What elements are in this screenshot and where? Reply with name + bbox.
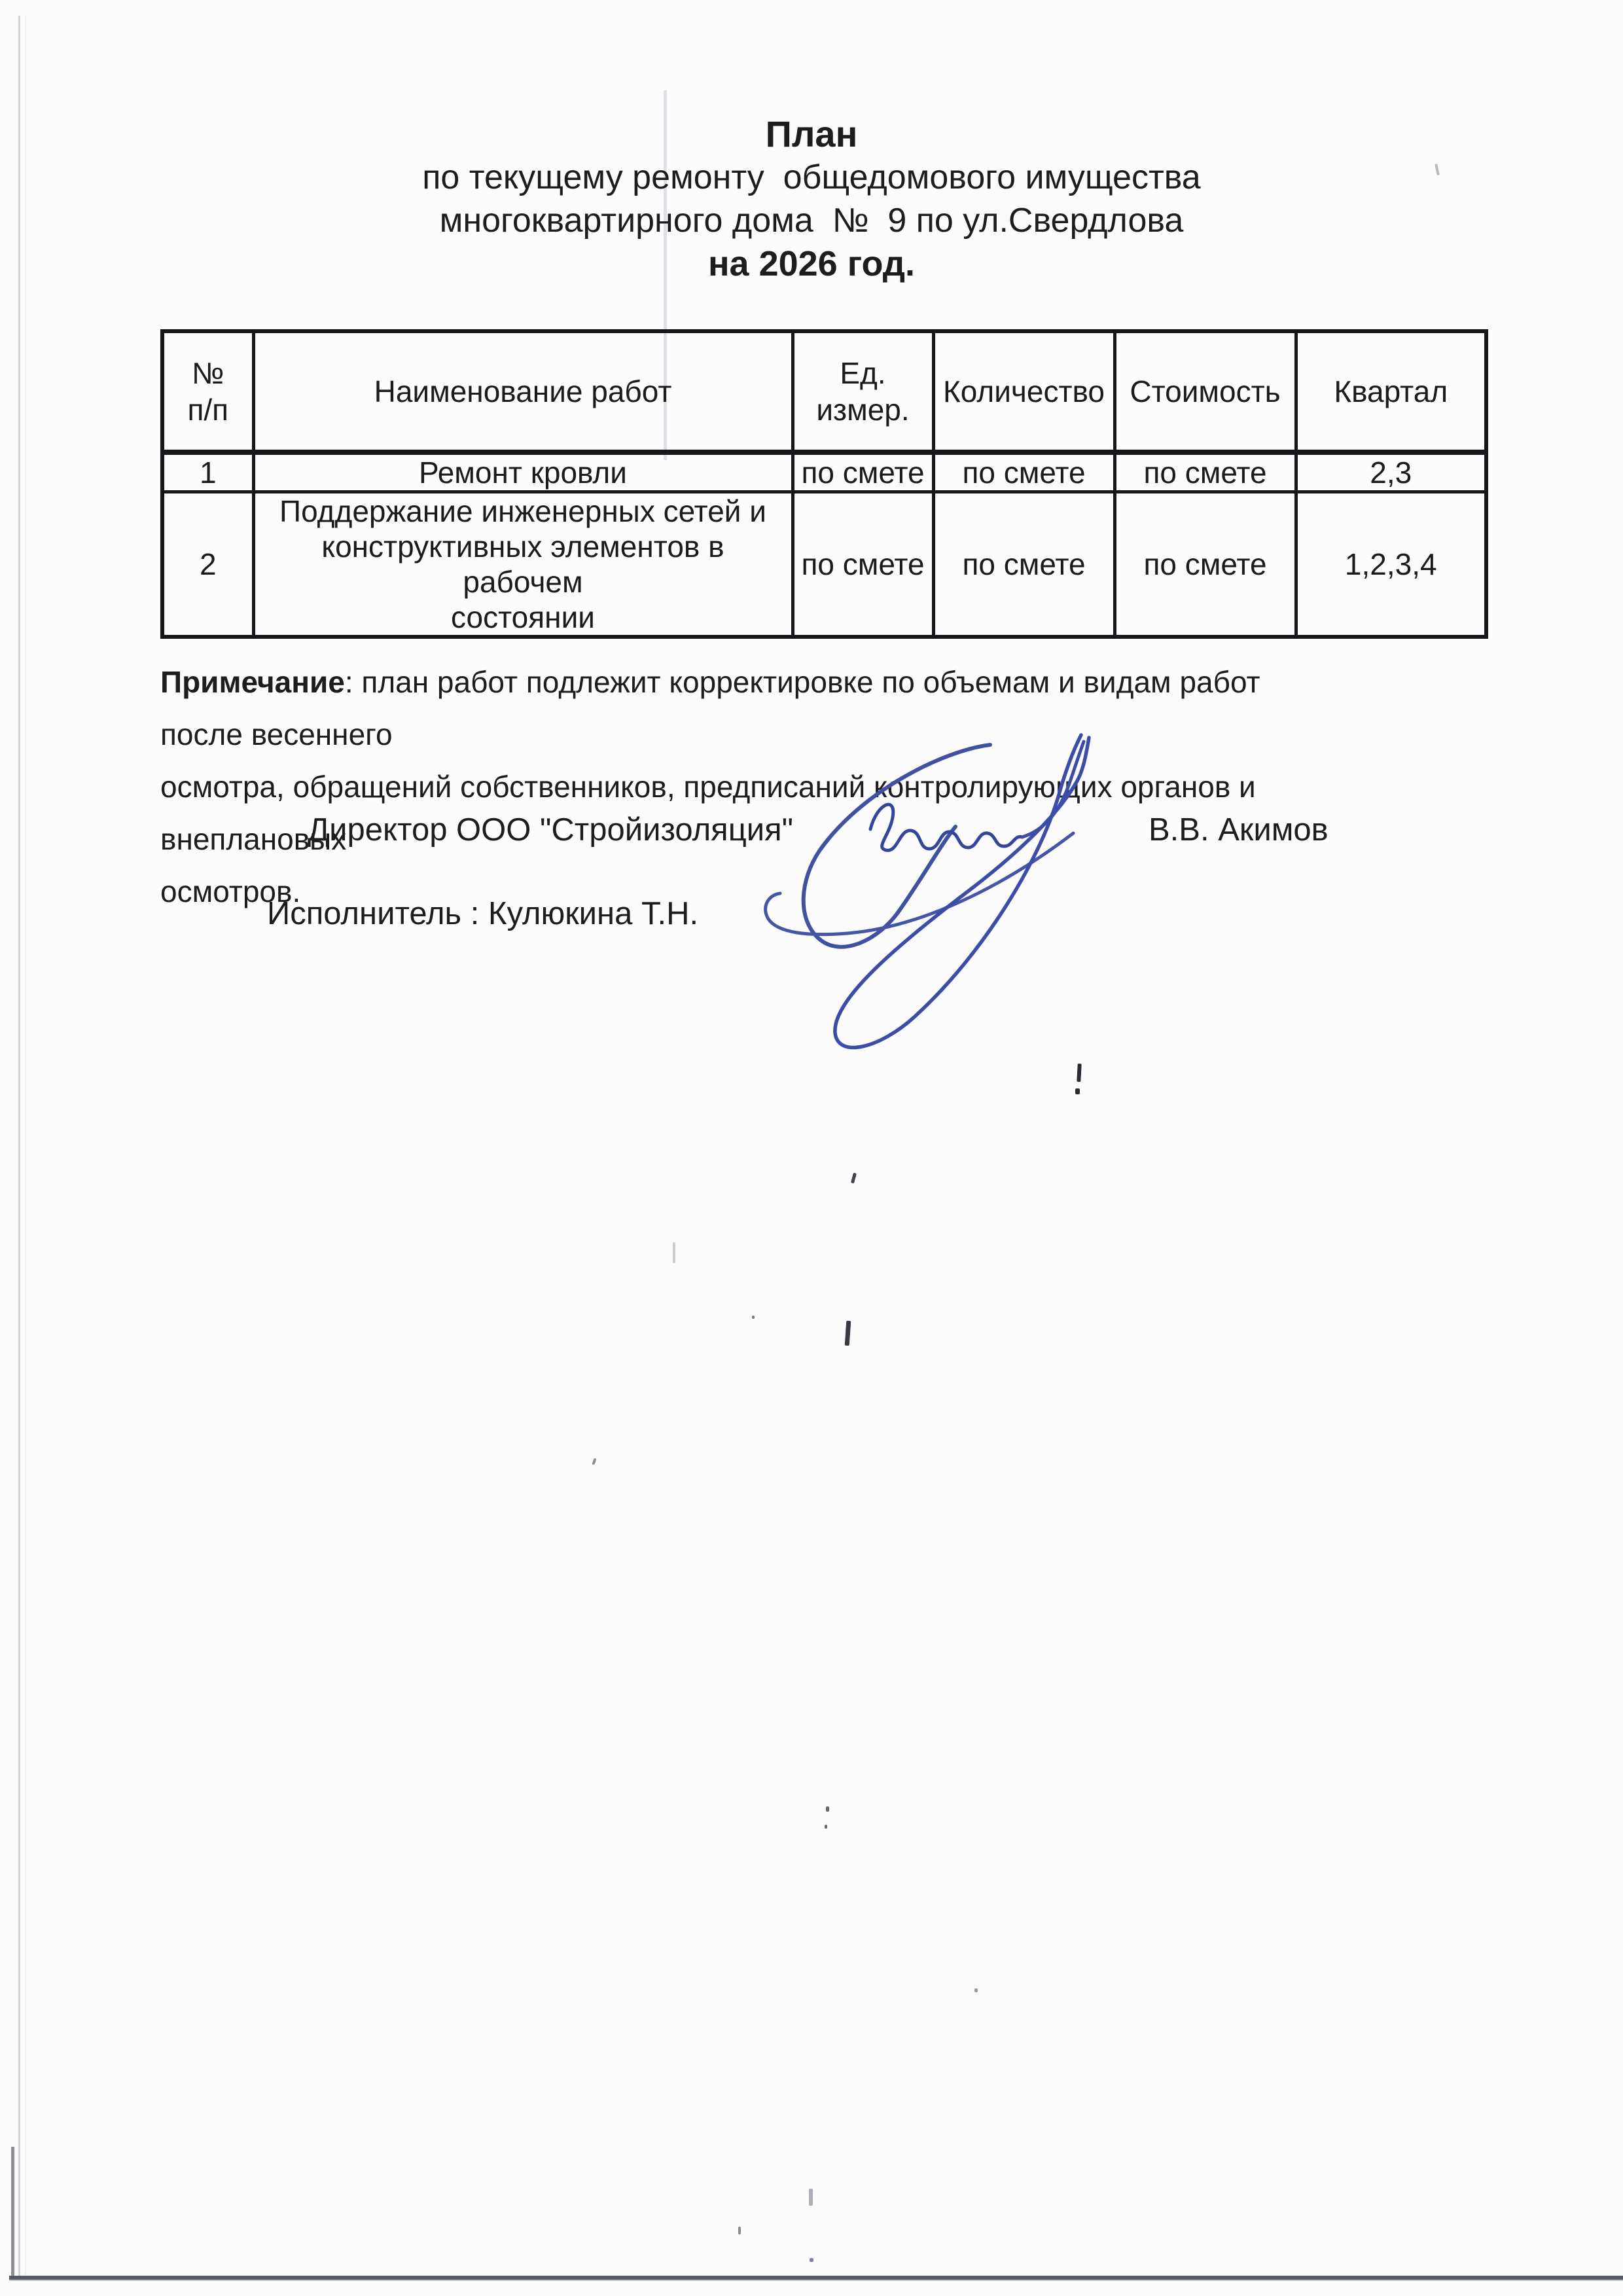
scan-speck [809, 2189, 813, 2206]
scan-speck [738, 2227, 741, 2234]
cell-quarter: 1,2,3,4 [1296, 492, 1486, 637]
page-left-edge-dark [11, 2147, 14, 2278]
executor-line: Исполнитель : Кулюкина Т.Н. [267, 895, 698, 932]
cell-qty: по смете [933, 452, 1115, 492]
title-line-2: по текущему ремонту общедомового имущест… [0, 156, 1623, 199]
scan-speck [1075, 1088, 1080, 1094]
title-line-1: План [0, 113, 1623, 156]
cell-work-name: Ремонт кровли [253, 452, 793, 492]
cell-unit: по смете [793, 492, 933, 637]
cell-quarter: 2,3 [1296, 452, 1486, 492]
cell-cost: по смете [1115, 452, 1296, 492]
title-line-3: многоквартирного дома № 9 по ул.Свердлов… [0, 199, 1623, 242]
col-header-qty: Количество [933, 331, 1115, 452]
note-label: Примечание [160, 665, 345, 699]
table-row: 2 Поддержание инженерных сетей и констру… [162, 492, 1486, 637]
cell-work-name: Поддержание инженерных сетей и конструкт… [253, 492, 793, 637]
scanned-document-page: План по текущему ремонту общедомового им… [0, 0, 1623, 2296]
cell-num: 1 [162, 452, 253, 492]
scan-speck [825, 1825, 827, 1829]
cell-qty: по смете [933, 492, 1115, 637]
director-name: В.В. Акимов [1149, 812, 1329, 848]
signature [720, 717, 1093, 1064]
repair-plan-table: № п/п Наименование работ Ед. измер. Коли… [160, 329, 1488, 639]
table-header-row: № п/п Наименование работ Ед. измер. Коли… [162, 331, 1486, 452]
scan-speck [826, 1806, 829, 1812]
col-header-name: Наименование работ [253, 331, 793, 452]
scan-speck [851, 1173, 857, 1184]
page-left-edge-line [18, 16, 20, 2278]
scan-speck [1077, 1064, 1081, 1082]
scan-speck [752, 1316, 755, 1319]
title-line-4: на 2026 год. [0, 242, 1623, 285]
page-left-edge-line-2 [25, 16, 26, 2278]
col-header-cost: Стоимость [1115, 331, 1296, 452]
col-header-unit: Ед. измер. [793, 331, 933, 452]
table-row: 1 Ремонт кровли по смете по смете по сме… [162, 452, 1486, 492]
cell-cost: по смете [1115, 492, 1296, 637]
page-bottom-edge-line-2 [9, 2280, 1623, 2281]
scan-speck [673, 1242, 675, 1263]
cell-unit: по смете [793, 452, 933, 492]
scan-speck [592, 1458, 596, 1465]
scan-speck [974, 1988, 978, 1992]
col-header-num: № п/п [162, 331, 253, 452]
scan-speck [810, 2258, 813, 2262]
document-title-block: План по текущему ремонту общедомового им… [0, 113, 1623, 285]
note-text: : план работ подлежит корректировке по о… [160, 665, 1260, 908]
col-header-quarter: Квартал [1296, 331, 1486, 452]
scan-speck [845, 1321, 851, 1346]
cell-num: 2 [162, 492, 253, 637]
